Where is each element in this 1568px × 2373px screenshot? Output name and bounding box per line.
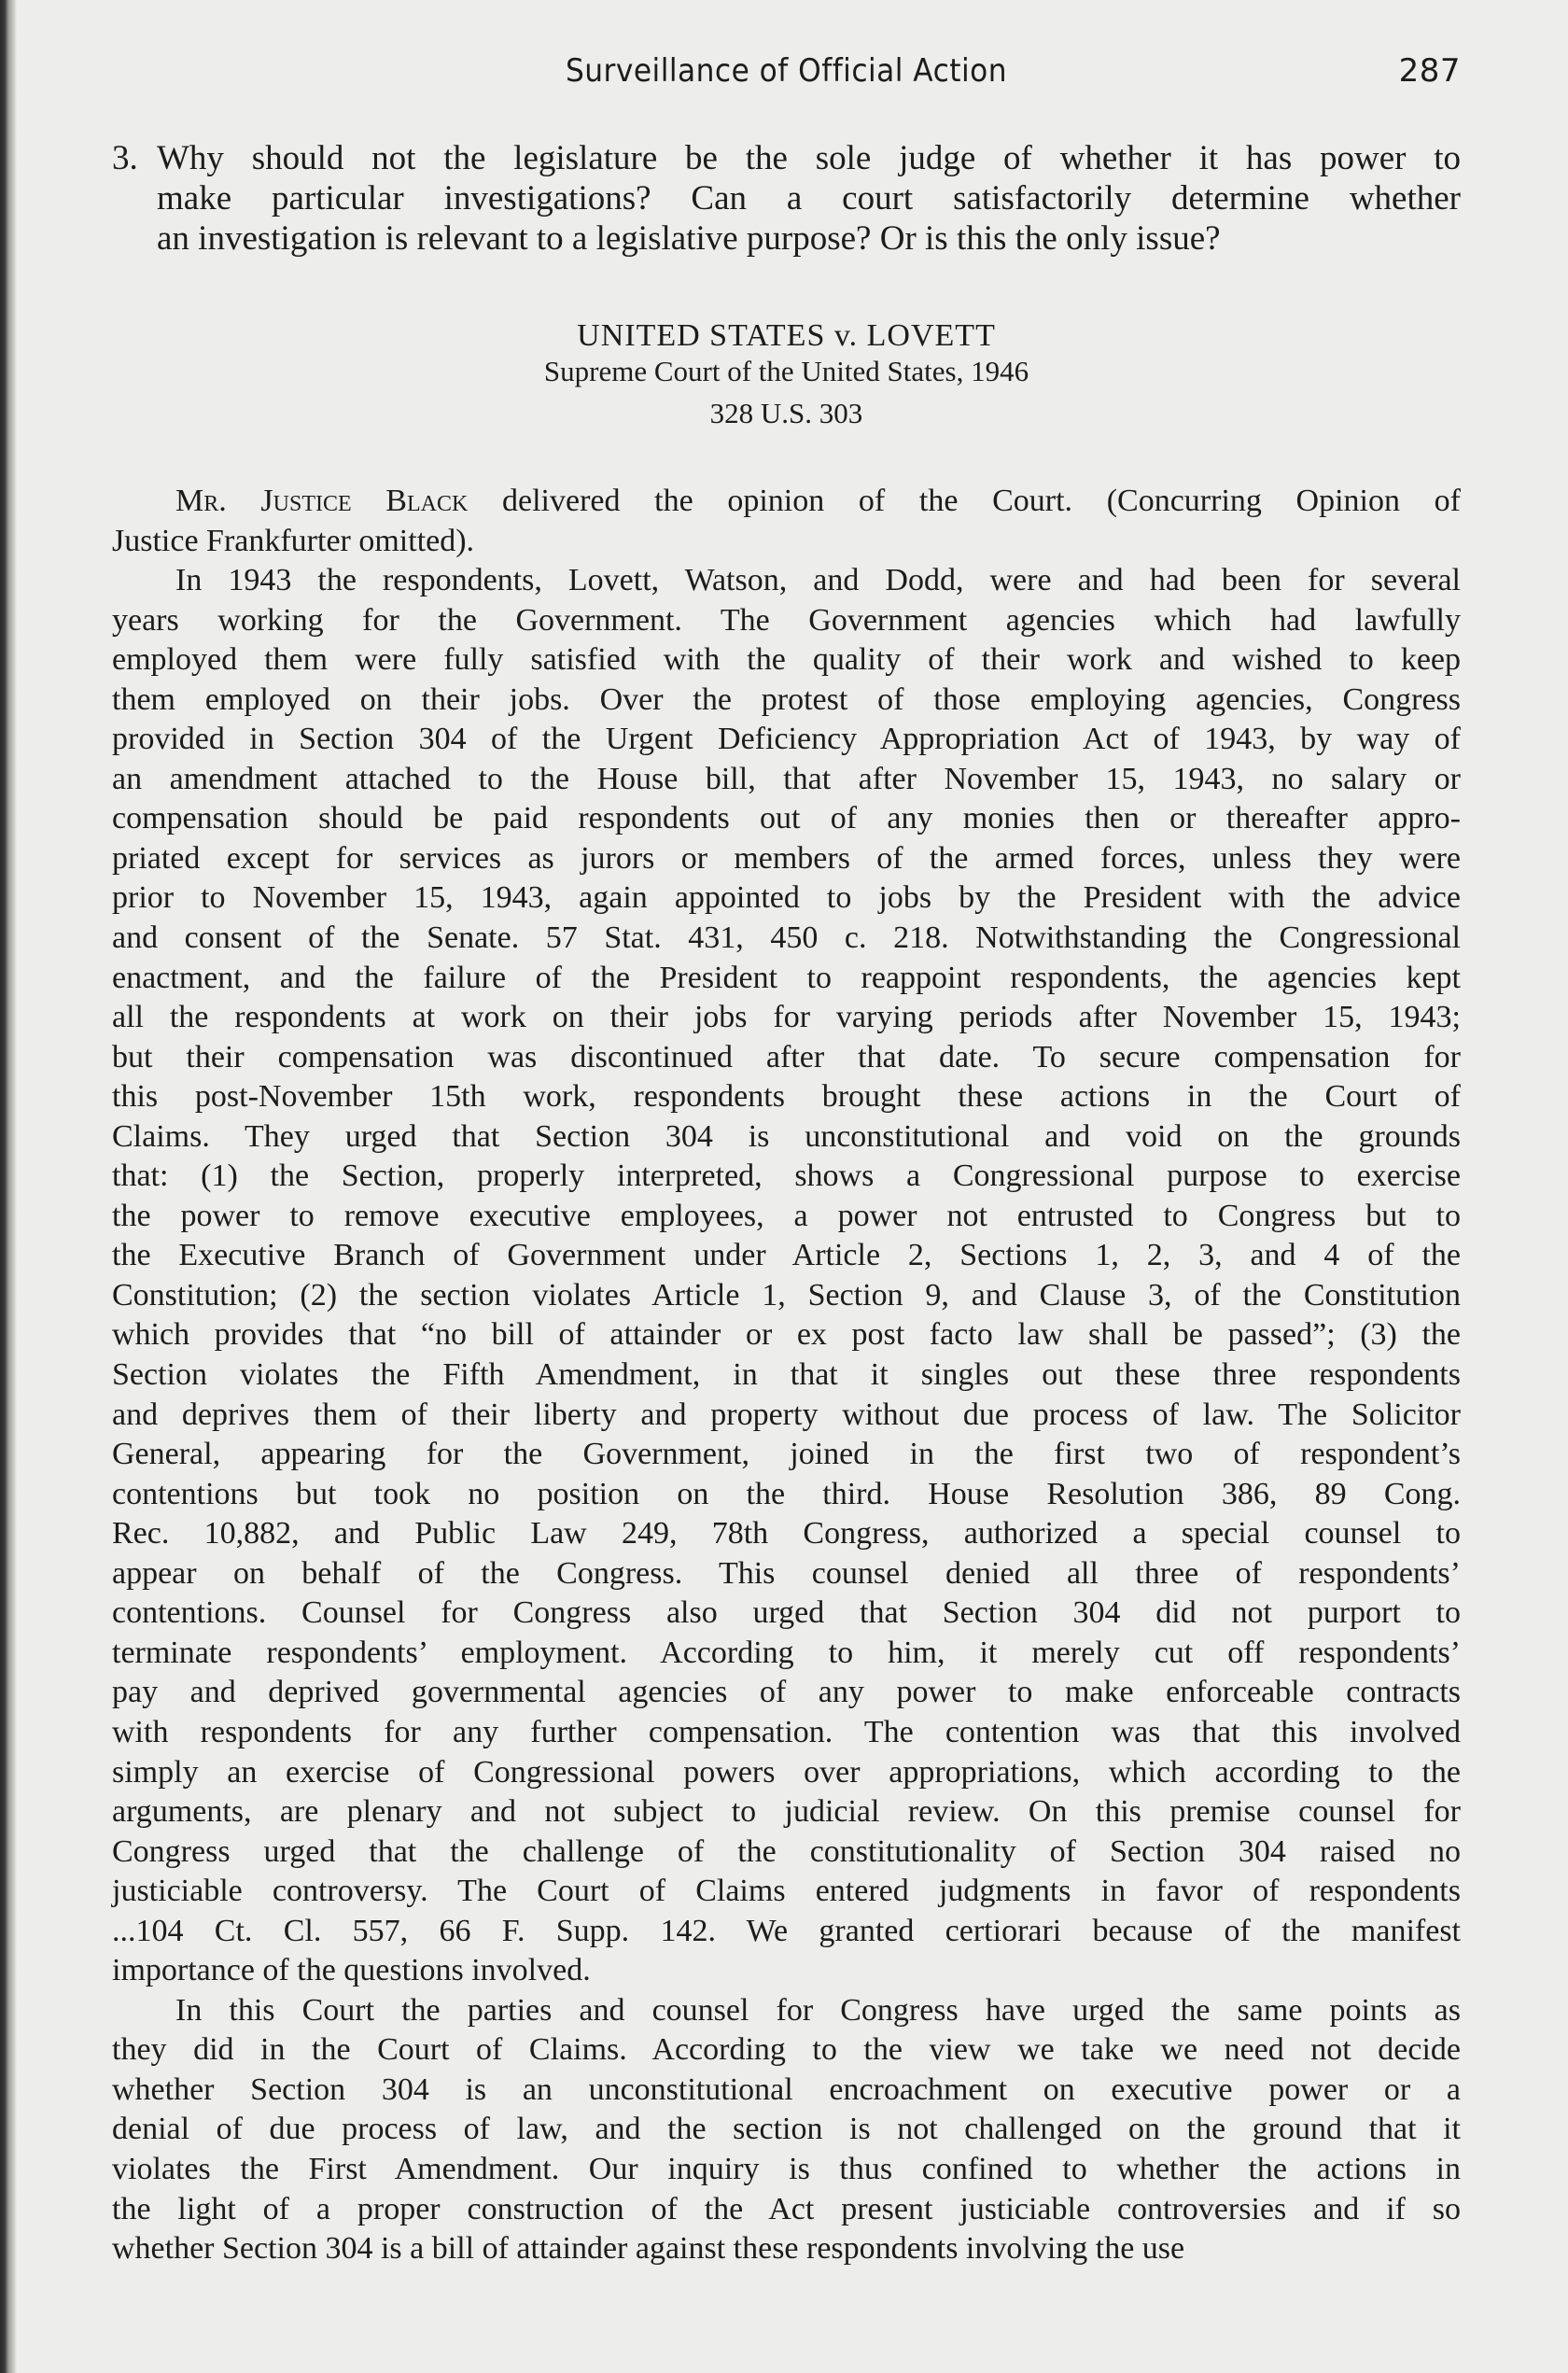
paragraph-line: that: (1) the Section, properly interpre… [112, 1157, 1461, 1197]
paragraph-line: Mr. Justice Black delivered the opinion … [175, 482, 1461, 522]
paragraph-line: compensation should be paid respondents … [112, 799, 1461, 839]
question-number: 3. [112, 138, 138, 178]
paragraph-line: violates the First Amendment. Our inquir… [112, 2150, 1461, 2190]
paragraph-line: an amendment attached to the House bill,… [112, 760, 1461, 800]
paragraph-line: contentions but took no position on the … [112, 1475, 1461, 1515]
case-citation: 328 U.S. 303 [112, 394, 1461, 433]
paragraph-line: Claims. They urged that Section 304 is u… [112, 1117, 1461, 1158]
running-head: Surveillance of Official Action 287 [112, 52, 1461, 93]
paragraph-line: and consent of the Senate. 57 Stat. 431,… [112, 919, 1461, 959]
paragraph-line: whether Section 304 is a bill of attaind… [112, 2229, 1461, 2269]
paragraph-line: whether Section 304 is an unconstitution… [112, 2071, 1461, 2111]
paragraph-line: Section violates the Fifth Amendment, in… [112, 1355, 1461, 1396]
paragraph-line: Rec. 10,882, and Public Law 249, 78th Co… [112, 1514, 1461, 1554]
paragraph-line: justiciable controversy. The Court of Cl… [112, 1872, 1461, 1912]
paragraph-line: appear on behalf of the Congress. This c… [112, 1554, 1461, 1594]
paragraph-line: Justice Frankfurter omitted). [112, 522, 1461, 562]
paragraph-line: this post-November 15th work, respondent… [112, 1077, 1461, 1117]
question-text: Why should not the legislature be the so… [157, 138, 1461, 259]
paragraph-line: them employed on their jobs. Over the pr… [112, 681, 1461, 721]
case-court: Supreme Court of the United States, 1946 [112, 355, 1461, 388]
opinion-paragraph: Mr. Justice Black delivered the opinion … [112, 482, 1461, 522]
paragraph-line: the power to remove executive employees,… [112, 1197, 1461, 1237]
paragraph-line: they did in the Court of Claims. Accordi… [112, 2030, 1461, 2071]
paragraph-line: pay and deprived governmental agencies o… [112, 1673, 1461, 1713]
paragraph-line: and deprives them of their liberty and p… [112, 1396, 1461, 1436]
paragraph-line: prior to November 15, 1943, again appoin… [112, 878, 1461, 919]
opinion-body: Mr. Justice Black delivered the opinion … [112, 482, 1461, 2269]
paragraph-line: enactment, and the failure of the Presid… [112, 959, 1461, 999]
paragraph-line: with respondents for any further compens… [112, 1713, 1461, 1753]
question-line: make particular investigations? Can a co… [157, 178, 1461, 218]
paragraph-line: denial of due process of law, and the se… [112, 2110, 1461, 2150]
paragraph-line: General, appearing for the Government, j… [112, 1435, 1461, 1475]
paragraph-line: Constitution; (2) the section violates A… [112, 1276, 1461, 1316]
paragraph-line: years working for the Government. The Go… [112, 601, 1461, 641]
discussion-question: 3. Why should not the legislature be the… [112, 138, 1461, 259]
case-heading: UNITED STATES v. LOVETT Supreme Court of… [112, 317, 1461, 433]
paragraph-line: simply an exercise of Congressional powe… [112, 1753, 1461, 1793]
paragraph-line: In this Court the parties and counsel fo… [112, 1991, 1461, 2031]
question-line: an investigation is relevant to a legisl… [157, 218, 1461, 259]
opinion-paragraph: Justice Frankfurter omitted). [112, 522, 1461, 562]
paragraph-line: the light of a proper construction of th… [112, 2190, 1461, 2230]
book-spine-edge [0, 0, 17, 2373]
paragraph-line: provided in Section 304 of the Urgent De… [112, 720, 1461, 760]
paragraph-line: which provides that “no bill of attainde… [112, 1315, 1461, 1355]
paragraph-line: importance of the questions involved. [112, 1951, 1461, 1991]
paragraph-line: the Executive Branch of Government under… [112, 1236, 1461, 1276]
author-name: Mr. Justice Black [175, 484, 468, 518]
paragraph-line: priated except for services as jurors or… [112, 839, 1461, 879]
paragraph-line: Congress urged that the challenge of the… [112, 1832, 1461, 1873]
page-number: 287 [1399, 52, 1461, 90]
paragraph-line: contentions. Counsel for Congress also u… [112, 1594, 1461, 1634]
paragraph-line: ...104 Ct. Cl. 557, 66 F. Supp. 142. We … [112, 1912, 1461, 1952]
paragraph-line: employed them were fully satisfied with … [112, 640, 1461, 681]
question-line: Why should not the legislature be the so… [157, 138, 1461, 178]
paragraph-line: but their compensation was discontinued … [112, 1038, 1461, 1078]
paragraph-line: all the respondents at work on their job… [112, 998, 1461, 1038]
paragraph-line: arguments, are plenary and not subject t… [112, 1792, 1461, 1832]
paragraph-line: In 1943 the respondents, Lovett, Watson,… [112, 561, 1461, 601]
running-head-title: Surveillance of Official Action [166, 52, 1407, 90]
opinion-paragraph: In 1943 the respondents, Lovett, Watson,… [112, 561, 1461, 1991]
paragraph-line: terminate respondents’ employment. Accor… [112, 1634, 1461, 1674]
case-title: UNITED STATES v. LOVETT [112, 317, 1461, 355]
opinion-paragraph: In this Court the parties and counsel fo… [112, 1991, 1461, 2269]
